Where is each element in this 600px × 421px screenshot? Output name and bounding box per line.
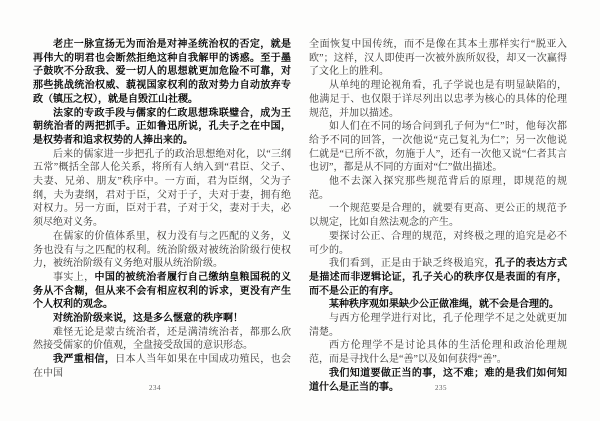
paragraph-segment: 从单纯的理论视角看，孔子学说也是有明显缺陷的，他满足于、也仅限于详尽列出以忠孝为… — [309, 80, 567, 118]
paragraph-segment: 一个规范要是合理的，就要有更高、更公正的规范予以规定，比如自然法观念的产生。 — [309, 203, 567, 228]
paragraph-segment: 难怪无论是蒙古统治者，还是满清统治者，都那么欣然接受儒家的价值观，全盘接受敌国的… — [33, 327, 291, 352]
paragraph: 与西方伦理学进行对比，孔子伦理学不足之处就更加清楚。 — [309, 312, 567, 339]
paragraph: 我们看到，正是由于缺乏终极追究，孔子的表达方式是描述而非逻辑论证，孔子关心的秩序… — [309, 257, 567, 298]
left-page-number: 234 — [149, 384, 161, 392]
paragraph-segment-bold: 对统治阶级来说，这是多么惬意的秩序啊！ — [53, 313, 243, 324]
paragraph-segment: 事实上， — [53, 272, 94, 283]
paragraph-segment: 与西方伦理学进行对比，孔子伦理学不足之处就更加清楚。 — [309, 313, 567, 338]
paragraph: 对统治阶级来说，这是多么惬意的秩序啊！ — [33, 312, 291, 326]
left-page-text: 老庄一脉宣扬无为而治是对神圣统治权的否定，就是再伟大的明君也会断然拒绝这种自我解… — [33, 38, 291, 381]
paragraph-segment: 他不去深入探究那些规范背后的原理，即规范的规范。 — [309, 176, 567, 201]
paragraph-segment-bold: 我严重相信， — [53, 354, 115, 365]
paragraph: 事实上，中国的被统治者履行自己缴纳皇粮国税的义务从不含糊，但从来不会有相应权利的… — [33, 271, 291, 312]
paragraph: 某种秩序观如果缺少公正做准绳，就不会是合理的。 — [309, 298, 567, 312]
paragraph-segment-bold: 法家的专政手段与儒家的仁政思想珠联璧合，成为王朝统治者的两把抓手。正如鲁迅所说，… — [33, 108, 291, 146]
paragraph: 一个规范要是合理的，就要有更高、更公正的规范予以规定，比如自然法观念的产生。 — [309, 202, 567, 229]
right-page-text: 全面恢复中国传统，而不是像在其本土那样实行“脱亚入欧”；这样，汉人即使再一次被外… — [309, 38, 567, 394]
paragraph-segment-bold: 老庄一脉宣扬无为而治是对神圣统治权的否定，就是再伟大的明君也会断然拒绝这种自我解… — [33, 39, 291, 105]
book-spread: 老庄一脉宣扬无为而治是对神圣统治权的否定，就是再伟大的明君也会断然拒绝这种自我解… — [0, 0, 600, 421]
paragraph-segment: 我们看到，正是由于缺乏终极追究， — [329, 258, 495, 269]
paragraph: 西方伦理学不是讨论具体的生活伦理和政治伦理规范，而是寻找什么是“善”以及如何获得… — [309, 339, 567, 366]
paragraph: 在儒家的价值体系里，权力没有与之匹配的义务，义务也没有与之匹配的权利。统治阶级对… — [33, 230, 291, 271]
right-page-number: 235 — [435, 384, 447, 392]
paragraph-segment: 要探讨公正、合理的规范，对终极之理的追究是必不可少的。 — [309, 231, 567, 256]
paragraph-segment: 全面恢复中国传统，而不是像在其本土那样实行“脱亚入欧”；这样，汉人即使再一次被外… — [309, 39, 567, 77]
paragraph-segment: 如人们在不同的场合问到孔子何为“仁”时，他每次都给予不同的回答，一次他说“克己复… — [309, 121, 567, 173]
right-page: 全面恢复中国传统，而不是像在其本土那样实行“脱亚入欧”；这样，汉人即使再一次被外… — [309, 38, 567, 394]
paragraph-segment: 西方伦理学不是讨论具体的生活伦理和政治伦理规范，而是寻找什么是“善”以及如何获得… — [309, 340, 567, 365]
paragraph: 从单纯的理论视角看，孔子学说也是有明显缺陷的，他满足于、也仅限于详尽列出以忠孝为… — [309, 79, 567, 120]
paragraph: 他不去深入探究那些规范背后的原理，即规范的规范。 — [309, 175, 567, 202]
paragraph-segment: 在儒家的价值体系里，权力没有与之匹配的义务，义务也没有与之匹配的权利。统治阶级对… — [33, 231, 291, 269]
paragraph-segment-bold: 某种秩序观如果缺少公正做准绳，就不会是合理的。 — [329, 299, 559, 310]
paragraph: 难怪无论是蒙古统治者，还是满清统治者，都那么欣然接受儒家的价值观，全盘接受敌国的… — [33, 326, 291, 353]
paragraph: 如人们在不同的场合问到孔子何为“仁”时，他每次都给予不同的回答，一次他说“克己复… — [309, 120, 567, 175]
left-page: 老庄一脉宣扬无为而治是对神圣统治权的否定，就是再伟大的明君也会断然拒绝这种自我解… — [33, 38, 291, 381]
paragraph-segment: 后来的儒家进一步把孔子的政治思想绝对化，以“三纲五常”概括全部人伦关系，将所有人… — [33, 149, 291, 229]
paragraph: 后来的儒家进一步把孔子的政治思想绝对化，以“三纲五常”概括全部人伦关系，将所有人… — [33, 148, 291, 230]
paragraph: 老庄一脉宣扬无为而治是对神圣统治权的否定，就是再伟大的明君也会断然拒绝这种自我解… — [33, 38, 291, 107]
paragraph: 全面恢复中国传统，而不是像在其本土那样实行“脱亚入欧”；这样，汉人即使再一次被外… — [309, 38, 567, 79]
paragraph: 我严重相信，日本人当年如果在中国成功殖民，也会在中国 — [33, 353, 291, 380]
paragraph: 要探讨公正、合理的规范，对终极之理的追究是必不可少的。 — [309, 230, 567, 257]
paragraph: 法家的专政手段与儒家的仁政思想珠联璧合，成为王朝统治者的两把抓手。正如鲁迅所说，… — [33, 107, 291, 148]
